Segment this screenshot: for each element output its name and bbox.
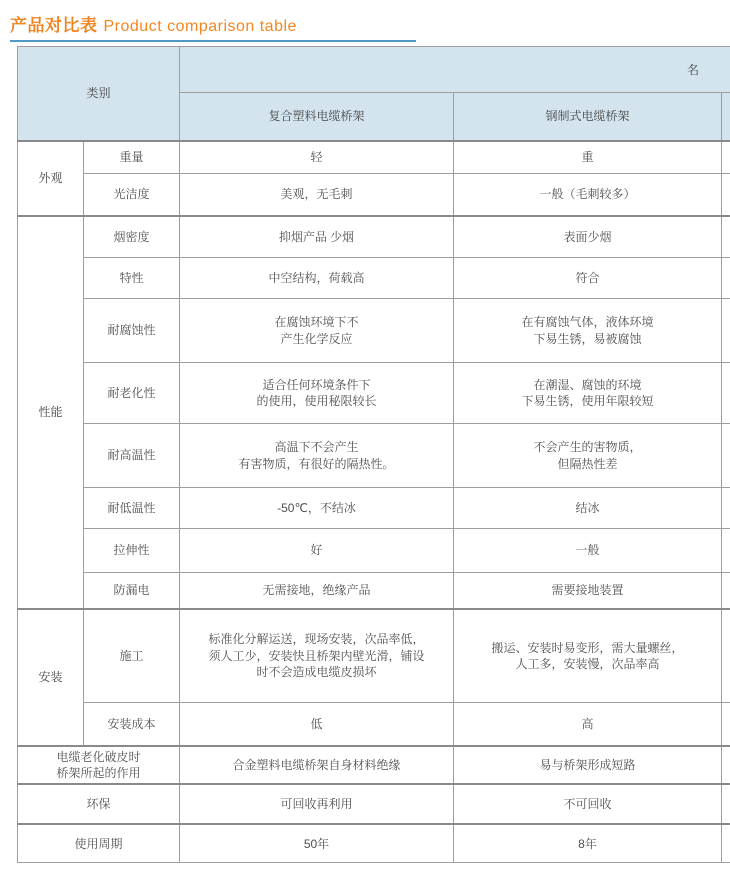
attr-label: 使用周期 bbox=[18, 824, 180, 863]
table-row: 使用周期 50年 8年 bbox=[18, 824, 730, 863]
attr-label: 特性 bbox=[84, 258, 180, 299]
attr-label: 耐低温性 bbox=[84, 488, 180, 529]
table-row: 环保 可回收再利用 不可回收 bbox=[18, 784, 730, 824]
table-row: 耐高温性 高温下不会产生 有害物质，有很好的隔热性。 不会产生的害物质， 但隔热… bbox=[18, 424, 730, 488]
table-row: 防漏电 无需接地，绝缘产品 需要接地装置 bbox=[18, 573, 730, 609]
group-label-performance: 性能 bbox=[18, 216, 84, 609]
table-row: 安装 施工 标准化分解运送，现场安装，次品率低， 须人工少，安装快且桥架内壁光滑… bbox=[18, 609, 730, 703]
comparison-table-container: 类别 名 复合塑料电缆桥架 钢制式电缆桥架 外观 重量 轻 重 bbox=[17, 46, 730, 866]
cell-product-b: 在潮湿、腐蚀的环境 下易生锈，使用年限较短 bbox=[454, 363, 722, 424]
cell-product-a: 50年 bbox=[180, 824, 454, 863]
attr-label: 耐老化性 bbox=[84, 363, 180, 424]
attr-label: 重量 bbox=[84, 141, 180, 174]
cell-product-b: 搬运、安装时易变形，需大量螺丝， 人工多，安装慢，次品率高 bbox=[454, 609, 722, 703]
cell-cut bbox=[722, 488, 730, 529]
cell-product-a: 好 bbox=[180, 529, 454, 573]
cell-cut bbox=[722, 784, 730, 824]
comparison-table: 类别 名 复合塑料电缆桥架 钢制式电缆桥架 外观 重量 轻 重 bbox=[17, 46, 730, 863]
table-row: 性能 烟密度 抑烟产品 少烟 表面少烟 bbox=[18, 216, 730, 258]
cell-product-b: 易与桥架形成短路 bbox=[454, 746, 722, 784]
attr-label: 施工 bbox=[84, 609, 180, 703]
table-row: 拉伸性 好 一般 bbox=[18, 529, 730, 573]
attr-label: 安装成本 bbox=[84, 703, 180, 746]
cell-product-b: 高 bbox=[454, 703, 722, 746]
cell-product-b: 结冰 bbox=[454, 488, 722, 529]
cell-product-b: 一般（毛刺较多） bbox=[454, 174, 722, 216]
cell-cut bbox=[722, 216, 730, 258]
attr-label: 电缆老化破皮时 桥架所起的作用 bbox=[18, 746, 180, 784]
cell-product-a: -50℃，不结冰 bbox=[180, 488, 454, 529]
cell-product-a: 低 bbox=[180, 703, 454, 746]
cell-product-a: 抑烟产品 少烟 bbox=[180, 216, 454, 258]
cell-product-a: 中空结构，荷载高 bbox=[180, 258, 454, 299]
cell-product-a: 适合任何环境条件下 的使用，使用秘限较长 bbox=[180, 363, 454, 424]
table-row: 特性 中空结构，荷载高 符合 bbox=[18, 258, 730, 299]
cell-product-a: 无需接地，绝缘产品 bbox=[180, 573, 454, 609]
page-title-chinese: 产品对比表 bbox=[10, 16, 98, 35]
page: 产品对比表Product comparison table 类别 名 复合塑料电… bbox=[0, 0, 730, 879]
cell-product-b: 8年 bbox=[454, 824, 722, 863]
cell-cut bbox=[722, 299, 730, 363]
page-title-english: Product comparison table bbox=[104, 18, 297, 35]
cell-product-a: 合金塑料电缆桥架自身材料绝缘 bbox=[180, 746, 454, 784]
attr-label: 烟密度 bbox=[84, 216, 180, 258]
table-row: 耐腐蚀性 在腐蚀环境下不 产生化学反应 在有腐蚀气体，液体环境 下易生锈，易被腐… bbox=[18, 299, 730, 363]
cell-product-a: 轻 bbox=[180, 141, 454, 174]
attr-label: 环保 bbox=[18, 784, 180, 824]
table-row: 电缆老化破皮时 桥架所起的作用 合金塑料电缆桥架自身材料绝缘 易与桥架形成短路 bbox=[18, 746, 730, 784]
table-row: 耐老化性 适合任何环境条件下 的使用，使用秘限较长 在潮湿、腐蚀的环境 下易生锈… bbox=[18, 363, 730, 424]
cell-product-a: 标准化分解运送，现场安装，次品率低， 须人工少，安装快且桥架内壁光滑，铺设 时不… bbox=[180, 609, 454, 703]
cell-product-b: 符合 bbox=[454, 258, 722, 299]
cell-cut bbox=[722, 258, 730, 299]
cell-product-b: 重 bbox=[454, 141, 722, 174]
cell-product-b: 不会产生的害物质， 但隔热性差 bbox=[454, 424, 722, 488]
attr-label: 光洁度 bbox=[84, 174, 180, 216]
attr-label: 耐高温性 bbox=[84, 424, 180, 488]
cell-product-b: 不可回收 bbox=[454, 784, 722, 824]
cell-product-b: 需要接地装置 bbox=[454, 573, 722, 609]
header-name: 名 bbox=[180, 47, 730, 93]
header-product-a: 复合塑料电缆桥架 bbox=[180, 93, 454, 141]
cell-cut bbox=[722, 573, 730, 609]
cell-cut bbox=[722, 363, 730, 424]
group-label-appearance: 外观 bbox=[18, 141, 84, 216]
header-category: 类别 bbox=[18, 47, 180, 141]
attr-label: 防漏电 bbox=[84, 573, 180, 609]
group-label-installation: 安装 bbox=[18, 609, 84, 746]
cell-product-b: 一般 bbox=[454, 529, 722, 573]
page-title: 产品对比表Product comparison table bbox=[10, 11, 416, 42]
cell-product-a: 美观，无毛刺 bbox=[180, 174, 454, 216]
cell-cut bbox=[722, 424, 730, 488]
cell-cut bbox=[722, 174, 730, 216]
header-product-cut bbox=[722, 93, 730, 141]
cell-cut bbox=[722, 529, 730, 573]
cell-cut bbox=[722, 746, 730, 784]
cell-cut bbox=[722, 703, 730, 746]
table-row: 安装成本 低 高 bbox=[18, 703, 730, 746]
header-product-b: 钢制式电缆桥架 bbox=[454, 93, 722, 141]
attr-label: 拉伸性 bbox=[84, 529, 180, 573]
table-row: 光洁度 美观，无毛刺 一般（毛刺较多） bbox=[18, 174, 730, 216]
header-name-label: 名 bbox=[687, 61, 699, 77]
cell-cut bbox=[722, 609, 730, 703]
cell-cut bbox=[722, 824, 730, 863]
cell-product-b: 在有腐蚀气体，液体环境 下易生锈，易被腐蚀 bbox=[454, 299, 722, 363]
table-row: 耐低温性 -50℃，不结冰 结冰 bbox=[18, 488, 730, 529]
table-row: 外观 重量 轻 重 bbox=[18, 141, 730, 174]
cell-cut bbox=[722, 141, 730, 174]
attr-label: 耐腐蚀性 bbox=[84, 299, 180, 363]
cell-product-a: 可回收再利用 bbox=[180, 784, 454, 824]
cell-product-a: 高温下不会产生 有害物质，有很好的隔热性。 bbox=[180, 424, 454, 488]
cell-product-a: 在腐蚀环境下不 产生化学反应 bbox=[180, 299, 454, 363]
cell-product-b: 表面少烟 bbox=[454, 216, 722, 258]
